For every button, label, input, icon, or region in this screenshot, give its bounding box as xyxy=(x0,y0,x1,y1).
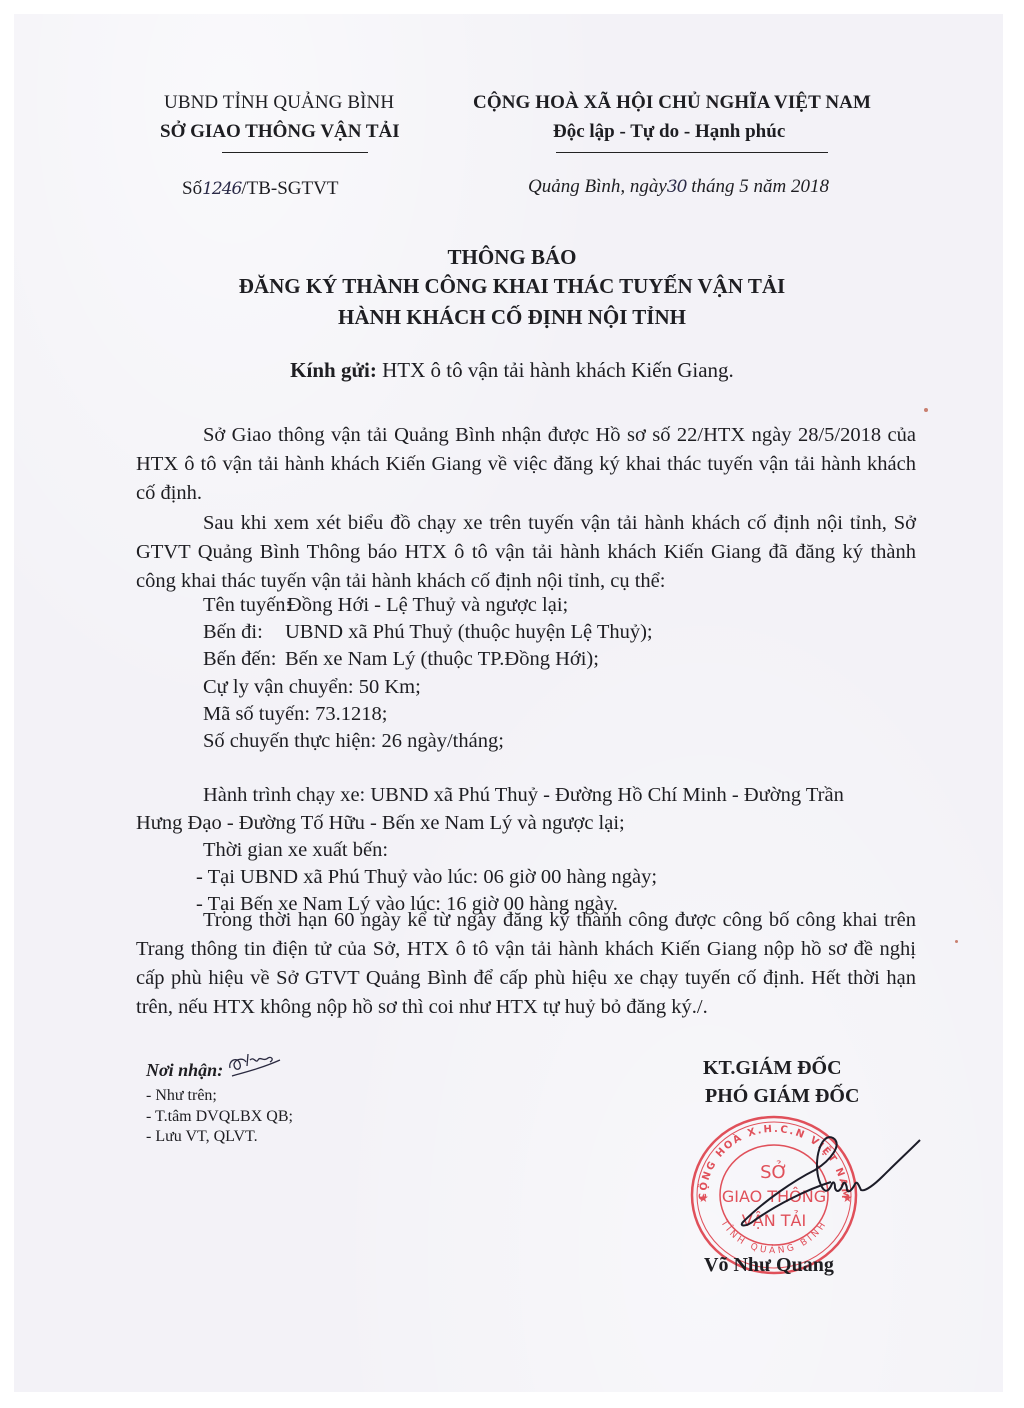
recipient-item: - Như trên; xyxy=(146,1086,293,1107)
date-prefix: Quảng Bình, ngày xyxy=(528,176,667,197)
paragraph-text: Trong thời hạn 60 ngày kể từ ngày đăng k… xyxy=(136,906,916,1022)
issuing-authority: UBND TỈNH QUẢNG BÌNH xyxy=(164,92,394,114)
document-subject-line2: HÀNH KHÁCH CỐ ĐỊNH NỘI TỈNH xyxy=(0,305,1024,330)
body-paragraph-1: Sở Giao thông vận tải Quảng Bình nhận đư… xyxy=(136,421,916,508)
recipient-item: - T.tâm DVQLBX QB; xyxy=(146,1107,293,1128)
svg-text:★: ★ xyxy=(698,1191,709,1205)
departure-times: - Tại UBND xã Phú Thuỷ vào lúc: 06 giờ 0… xyxy=(196,864,657,892)
scan-speck xyxy=(955,940,958,943)
date-rest: tháng 5 năm 2018 xyxy=(686,176,829,197)
recipient-value: HTX ô tô vận tải hành khách Kiến Giang. xyxy=(377,358,734,382)
detail-label: Mã số tuyến: xyxy=(203,703,310,725)
recipients-title: Nơi nhận: xyxy=(146,1060,223,1081)
detail-value: 26 ngày/tháng; xyxy=(382,730,504,752)
signer-name: Võ Như Quang xyxy=(704,1254,834,1277)
recipient-item: - Lưu VT, QLVT. xyxy=(146,1127,293,1148)
detail-label: Cự ly vận chuyển: xyxy=(203,676,354,698)
document-date: Quảng Bình, ngày30 tháng 5 năm 2018 xyxy=(528,176,829,198)
document-type-title: THÔNG BÁO xyxy=(0,245,1024,270)
detail-row-route-name: Tên tuyến:Đồng Hới - Lệ Thuỷ và ngược lạ… xyxy=(203,592,653,619)
document-number: Số1246/TB-SGTVT xyxy=(182,178,338,200)
doc-number-suffix: /TB-SGTVT xyxy=(241,178,338,199)
national-title: CỘNG HOÀ XÃ HỘI CHỦ NGHĨA VIỆT NAM xyxy=(473,92,871,114)
paragraph-text: Sở Giao thông vận tải Quảng Bình nhận đư… xyxy=(136,421,916,508)
detail-label: Bến đến: xyxy=(203,646,285,673)
detail-value: 73.1218; xyxy=(315,703,387,725)
recipient-label: Kính gửi: xyxy=(290,358,377,382)
itinerary-line-1: Hành trình chạy xe: UBND xã Phú Thuỷ - Đ… xyxy=(136,782,844,810)
document-subject-line1: ĐĂNG KÝ THÀNH CÔNG KHAI THÁC TUYẾN VẬN T… xyxy=(0,274,1024,299)
body-paragraph-3: Trong thời hạn 60 ngày kể từ ngày đăng k… xyxy=(136,906,916,1022)
signatory-title-2: PHÓ GIÁM ĐỐC xyxy=(705,1085,859,1108)
detail-row-trip-count: Số chuyến thực hiện: 26 ngày/tháng; xyxy=(203,728,653,755)
departure-times-title: Thời gian xe xuất bến: xyxy=(136,837,844,865)
scan-speck xyxy=(924,408,928,412)
detail-row-arrival-station: Bến đến:Bến xe Nam Lý (thuộc TP.Đồng Hới… xyxy=(203,646,653,673)
itinerary-line-2: Hưng Đạo - Đường Tố Hữu - Bến xe Nam Lý … xyxy=(136,810,844,838)
signatory-title-1: KT.GIÁM ĐỐC xyxy=(703,1057,842,1080)
detail-row-departure-station: Bến đi:UBND xã Phú Thuỷ (thuộc huyện Lệ … xyxy=(203,619,653,646)
detail-label: Tên tuyến: xyxy=(203,592,287,619)
detail-label: Bến đi: xyxy=(203,619,285,646)
detail-value: 50 Km; xyxy=(359,676,421,698)
recipient-line: Kính gửi: HTX ô tô vận tải hành khách Ki… xyxy=(0,358,1024,383)
detail-row-distance: Cự ly vận chuyển: 50 Km; xyxy=(203,674,653,701)
initial-signature-icon xyxy=(226,1046,286,1082)
department-underline xyxy=(222,152,368,153)
departure-time-item: - Tại UBND xã Phú Thuỷ vào lúc: 06 giờ 0… xyxy=(196,864,657,892)
detail-value: Đồng Hới - Lệ Thuỷ và ngược lại; xyxy=(287,594,568,616)
doc-number-handwritten: 1246 xyxy=(202,179,241,199)
body-paragraph-2: Sau khi xem xét biểu đồ chạy xe trên tuy… xyxy=(136,509,916,596)
detail-value: UBND xã Phú Thuỷ (thuộc huyện Lệ Thuỷ); xyxy=(285,621,653,643)
national-motto: Độc lập - Tự do - Hạnh phúc xyxy=(553,121,785,143)
date-day-handwritten: 30 xyxy=(667,177,687,197)
detail-value: Bến xe Nam Lý (thuộc TP.Đồng Hới); xyxy=(285,648,599,670)
recipients-list: - Như trên; - T.tâm DVQLBX QB; - Lưu VT,… xyxy=(146,1086,293,1148)
route-itinerary: Hành trình chạy xe: UBND xã Phú Thuỷ - Đ… xyxy=(136,782,844,865)
handwritten-signature-icon xyxy=(735,1130,925,1230)
detail-row-route-code: Mã số tuyến: 73.1218; xyxy=(203,701,653,728)
issuing-department: SỞ GIAO THÔNG VẬN TẢI xyxy=(160,121,400,143)
detail-label: Số chuyến thực hiện: xyxy=(203,730,376,752)
motto-underline xyxy=(556,152,828,153)
route-details: Tên tuyến:Đồng Hới - Lệ Thuỷ và ngược lạ… xyxy=(203,592,653,755)
doc-number-prefix: Số xyxy=(182,178,202,199)
paragraph-text: Sau khi xem xét biểu đồ chạy xe trên tuy… xyxy=(136,509,916,596)
